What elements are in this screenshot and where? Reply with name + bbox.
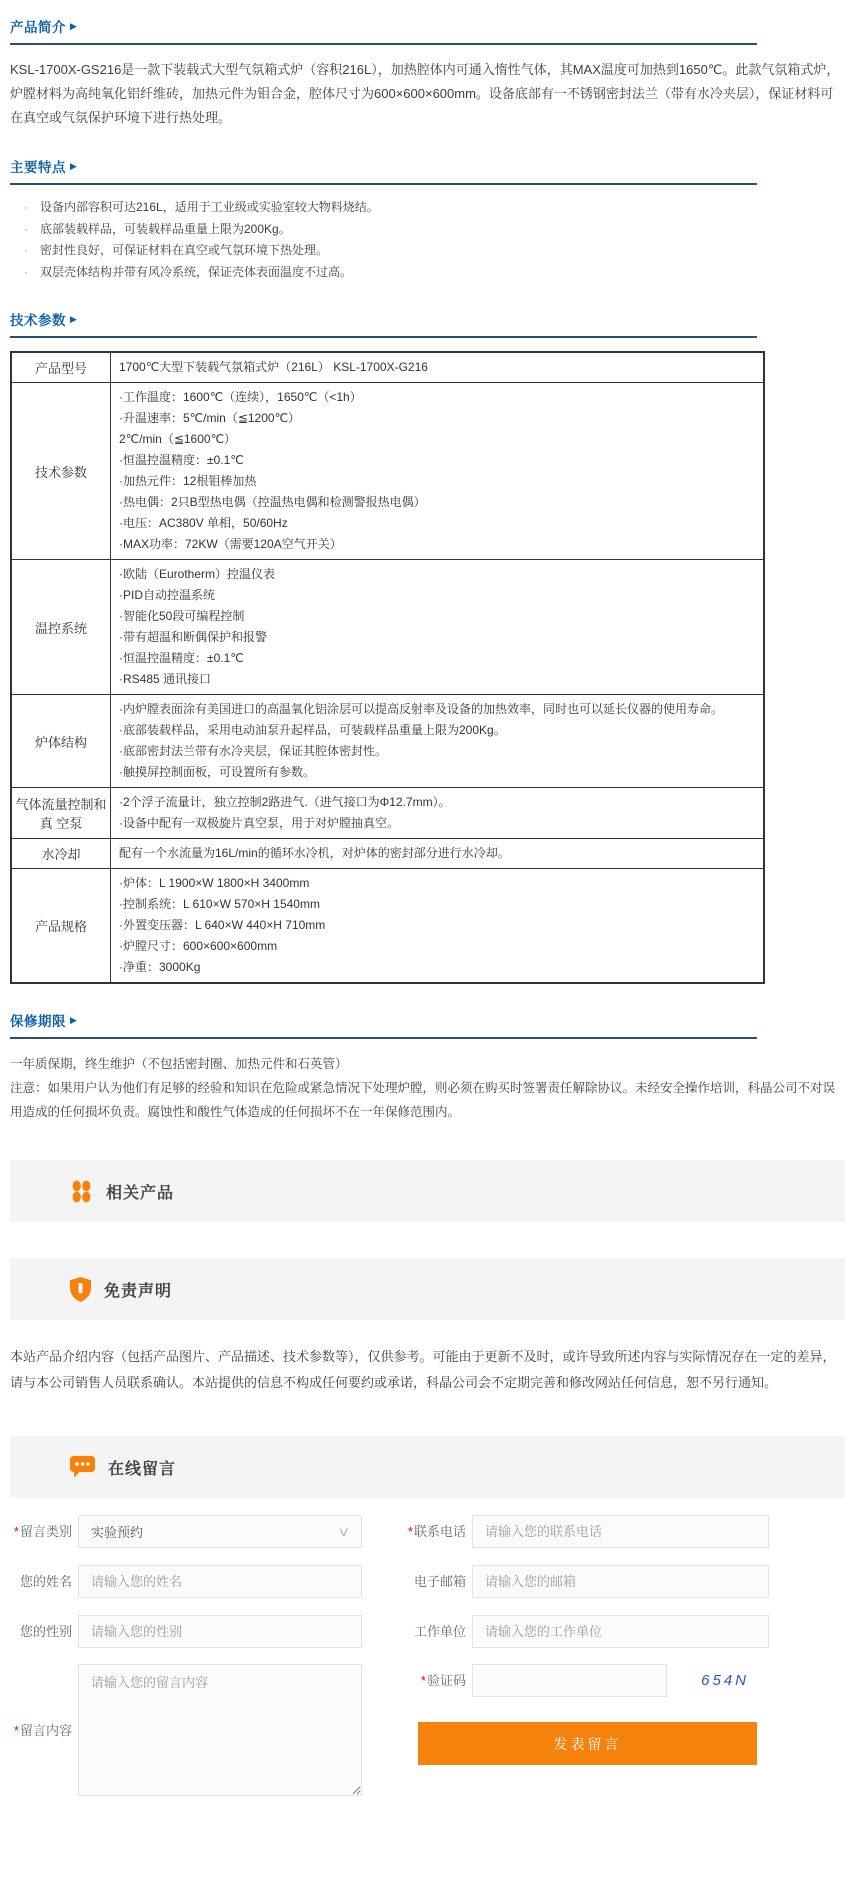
bullet-icon: · (24, 197, 40, 219)
product-detail-page: 产品简介 ▶ KSL-1700X-GS216是一款下装载式大型气氛箱式炉（容积2… (0, 0, 851, 1891)
spec-row: 气体流量控制和真 空泵·2个浮子流量计，独立控制2路进气.（进气接口为Φ12.7… (11, 788, 764, 839)
spec-value: 配有一个水流量为16L/min的循环水冷机，对炉体的密封部分进行水冷却。 (111, 839, 765, 869)
online-message-title: 在线留言 (108, 1456, 176, 1479)
captcha-and-submit-column: *验证码 654N 发表留言 (404, 1664, 757, 1765)
section-intro: 产品简介 ▶ KSL-1700X-GS216是一款下装载式大型气氛箱式炉（容积2… (10, 16, 845, 130)
spec-value: ·工作温度：1600℃（连续），1650℃（<1h）·升温速率：5℃/min（≦… (111, 383, 765, 560)
field-group: *联系电话 (404, 1515, 769, 1548)
form-row: *留言类别实验预约∨*联系电话 (10, 1515, 845, 1548)
spec-value: 1700℃大型下装载气氛箱式炉（216L） KSL-1700X-G216 (111, 352, 765, 383)
section-header-intro: 产品简介 ▶ (10, 16, 845, 36)
spec-value-line: 2℃/min（≦1600℃） (119, 429, 755, 450)
field-label: *联系电话 (404, 1515, 466, 1548)
submit-message-button[interactable]: 发表留言 (418, 1722, 757, 1765)
specs-table: 产品型号1700℃大型下装载气氛箱式炉（216L） KSL-1700X-G216… (10, 351, 765, 984)
field-group: *留言类别实验预约∨ (10, 1515, 362, 1548)
spec-value-line: ·炉膛尺寸：600×600×600mm (119, 936, 755, 957)
spec-value-line: 配有一个水流量为16L/min的循环水冷机，对炉体的密封部分进行水冷却。 (119, 843, 755, 864)
name-input[interactable] (78, 1565, 362, 1598)
selected-value: 实验预约 (91, 1522, 143, 1541)
section-title-specs: 技术参数 (10, 309, 66, 329)
disclaimer-bar: 免责声明 (10, 1258, 845, 1320)
spec-value-line: ·控制系统：L 610×W 570×H 1540mm (119, 894, 755, 915)
spec-label: 水冷却 (11, 839, 111, 869)
form-rows: *留言类别实验预约∨*联系电话您的姓名电子邮箱您的性别工作单位 (10, 1515, 845, 1648)
spec-label: 产品型号 (11, 352, 111, 383)
required-asterisk: * (14, 1524, 19, 1539)
feature-item: ·密封性良好，可保证材料在真空或气氛环境下热处理。 (24, 240, 845, 262)
spec-value-line: ·恒温控温精度：±0.1℃ (119, 648, 755, 669)
spec-value-line: ·PID自动控温系统 (119, 585, 755, 606)
spec-value-line: ·升温速率：5℃/min（≦1200℃） (119, 408, 755, 429)
spec-value-line: ·热电偶：2只B型热电偶（控温热电偶和检测警报热电偶） (119, 492, 755, 513)
field-group: 工作单位 (404, 1615, 769, 1648)
spec-value-line: ·恒温控温精度：±0.1℃ (119, 450, 755, 471)
form-row-message: *留言内容 *验证码 654N 发表留言 (10, 1664, 845, 1796)
spec-label: 技术参数 (11, 383, 111, 560)
spec-value-line: ·外置变压器：L 640×W 440×H 710mm (119, 915, 755, 936)
bullet-icon: · (24, 240, 40, 262)
feature-text: 底部装载样品，可装载样品重量上限为200Kg。 (40, 219, 291, 241)
intro-paragraph: KSL-1700X-GS216是一款下装载式大型气氛箱式炉（容积216L），加热… (10, 58, 843, 130)
spec-label: 温控系统 (11, 560, 111, 695)
section-title-intro: 产品简介 (10, 16, 66, 36)
spec-label: 气体流量控制和真 空泵 (11, 788, 111, 839)
field-label: 工作单位 (404, 1615, 466, 1648)
spec-value-line: ·底部密封法兰带有水冷夹层，保证其腔体密封性。 (119, 741, 755, 762)
spec-value-line: ·设备中配有一双极旋片真空泵，用于对炉膛抽真空。 (119, 813, 755, 834)
spec-value-line: ·工作温度：1600℃（连续），1650℃（<1h） (119, 387, 755, 408)
spec-value-line: ·2个浮子流量计，独立控制2路进气.（进气接口为Φ12.7mm）。 (119, 792, 755, 813)
arrow-right-icon: ▶ (70, 162, 77, 171)
section-title-features: 主要特点 (10, 156, 66, 176)
field-label: 您的姓名 (10, 1565, 72, 1598)
disclaimer-paragraph: 本站产品介绍内容（包括产品图片、产品描述、技术参数等），仅供参考。可能由于更新不… (10, 1344, 843, 1396)
section-divider (10, 183, 757, 185)
shield-icon (70, 1277, 91, 1302)
spec-label: 炉体结构 (11, 695, 111, 788)
spec-value-line: ·欧陆（Eurotherm）控温仪表 (119, 564, 755, 585)
section-features: 主要特点 ▶ ·设备内部容积可达216L，适用于工业级或实验室较大物料烧结。·底… (10, 156, 845, 283)
section-header-specs: 技术参数 ▶ (10, 309, 845, 329)
spec-value-line: ·智能化50段可编程控制 (119, 606, 755, 627)
arrow-right-icon: ▶ (70, 315, 77, 324)
section-specs: 技术参数 ▶ 产品型号1700℃大型下装载气氛箱式炉（216L） KSL-170… (10, 309, 845, 984)
company-input[interactable] (472, 1615, 769, 1648)
spec-value-line: 1700℃大型下装载气氛箱式炉（216L） KSL-1700X-G216 (119, 357, 755, 378)
section-warranty: 保修期限 ▶ 一年质保期，终生维护（不包括密封圈、加热元件和石英管） 注意：如果… (10, 1010, 845, 1124)
warranty-note: 注意：如果用户认为他们有足够的经验和知识在危险或紧急情况下处理炉膛，则必须在购买… (10, 1076, 843, 1124)
feature-text: 双层壳体结构并带有风冷系统，保证壳体表面温度不过高。 (40, 262, 352, 284)
features-list: ·设备内部容积可达216L，适用于工业级或实验室较大物料烧结。·底部装载样品，可… (10, 197, 845, 283)
spec-row: 水冷却配有一个水流量为16L/min的循环水冷机，对炉体的密封部分进行水冷却。 (11, 839, 764, 869)
field-label-message: *留言内容 (10, 1714, 72, 1747)
online-message-bar: 在线留言 (10, 1436, 845, 1498)
related-products-bar: 相关产品 (10, 1160, 845, 1222)
required-asterisk: * (14, 1723, 19, 1738)
feature-item: ·设备内部容积可达216L，适用于工业级或实验室较大物料烧结。 (24, 197, 845, 219)
feature-text: 密封性良好，可保证材料在真空或气氛环境下热处理。 (40, 240, 328, 262)
related-products-title: 相关产品 (106, 1180, 174, 1203)
message-content-group: *留言内容 (10, 1664, 362, 1796)
field-group: 电子邮箱 (404, 1565, 769, 1598)
spec-value-line: ·触摸屏控制面板，可设置所有参数。 (119, 762, 755, 783)
arrow-right-icon: ▶ (70, 22, 77, 31)
disclaimer-title: 免责声明 (104, 1278, 172, 1301)
spec-row: 产品规格·炉体：L 1900×W 1800×H 3400mm·控制系统：L 61… (11, 869, 764, 984)
feature-item: ·双层壳体结构并带有风冷系统，保证壳体表面温度不过高。 (24, 262, 845, 284)
spec-value: ·欧陆（Eurotherm）控温仪表·PID自动控温系统·智能化50段可编程控制… (111, 560, 765, 695)
spec-row: 炉体结构·内炉膛表面涂有美国进口的高温氧化铝涂层可以提高反射率及设备的加热效率，… (11, 695, 764, 788)
feature-item: ·底部装载样品，可装载样品重量上限为200Kg。 (24, 219, 845, 241)
spec-value: ·炉体：L 1900×W 1800×H 3400mm·控制系统：L 610×W … (111, 869, 765, 984)
spec-label: 产品规格 (11, 869, 111, 984)
captcha-row: *验证码 654N (404, 1664, 757, 1697)
captcha-code-text: 654N (701, 1672, 749, 1689)
spec-row: 技术参数·工作温度：1600℃（连续），1650℃（<1h）·升温速率：5℃/m… (11, 383, 764, 560)
arrow-right-icon: ▶ (70, 1016, 77, 1025)
message-form: *留言类别实验预约∨*联系电话您的姓名电子邮箱您的性别工作单位 *留言内容 *验… (10, 1515, 845, 1796)
warranty-paragraph: 一年质保期，终生维护（不包括密封圈、加热元件和石英管） 注意：如果用户认为他们有… (10, 1052, 843, 1124)
spec-value-line: ·电压：AC380V 单相，50/60Hz (119, 513, 755, 534)
email-input[interactable] (472, 1565, 769, 1598)
field-label: *留言类别 (10, 1515, 72, 1548)
spec-value-line: ·带有超温和断偶保护和报警 (119, 627, 755, 648)
form-row: 您的姓名电子邮箱 (10, 1565, 845, 1598)
field-label: 您的性别 (10, 1615, 72, 1648)
field-group: 您的姓名 (10, 1565, 362, 1598)
spec-row: 温控系统·欧陆（Eurotherm）控温仪表·PID自动控温系统·智能化50段可… (11, 560, 764, 695)
spec-value-line: ·MAX功率：72KW（需要120A空气开关） (119, 534, 755, 555)
spec-row: 产品型号1700℃大型下装载气氛箱式炉（216L） KSL-1700X-G216 (11, 352, 764, 383)
chevron-down-icon: ∨ (338, 1524, 351, 1540)
message-content-textarea[interactable] (78, 1664, 362, 1796)
section-header-warranty: 保修期限 ▶ (10, 1010, 845, 1030)
required-asterisk: * (421, 1673, 426, 1688)
bullet-icon: · (24, 219, 40, 241)
message-type-select[interactable]: 实验预约∨ (78, 1515, 362, 1548)
captcha-input[interactable] (472, 1664, 667, 1697)
field-group: 您的性别 (10, 1615, 362, 1648)
field-label: 电子邮箱 (404, 1565, 466, 1598)
bullet-icon: · (24, 262, 40, 284)
spec-value-line: ·炉体：L 1900×W 1800×H 3400mm (119, 873, 755, 894)
spec-value-line: ·净重：3000Kg (119, 957, 755, 978)
feature-text: 设备内部容积可达216L，适用于工业级或实验室较大物料烧结。 (40, 197, 379, 219)
spec-value-line: ·底部装载样品，采用电动油泵升起样品，可装载样品重量上限为200Kg。 (119, 720, 755, 741)
field-label-captcha: *验证码 (404, 1664, 466, 1697)
section-header-features: 主要特点 ▶ (10, 156, 845, 176)
form-row: 您的性别工作单位 (10, 1615, 845, 1648)
spec-value-line: ·加热元件：12根钼棒加热 (119, 471, 755, 492)
required-asterisk: * (408, 1524, 413, 1539)
spec-value: ·2个浮子流量计，独立控制2路进气.（进气接口为Φ12.7mm）。·设备中配有一… (111, 788, 765, 839)
spec-value-line: ·内炉膛表面涂有美国进口的高温氧化铝涂层可以提高反射率及设备的加热效率，同时也可… (119, 699, 755, 720)
speech-bubble-icon (70, 1456, 95, 1479)
section-divider (10, 336, 757, 338)
gender-input[interactable] (78, 1615, 362, 1648)
spec-value-line: ·RS485 通讯接口 (119, 669, 755, 690)
phone-input[interactable] (472, 1515, 769, 1548)
section-title-warranty: 保修期限 (10, 1010, 66, 1030)
spec-value: ·内炉膛表面涂有美国进口的高温氧化铝涂层可以提高反射率及设备的加热效率，同时也可… (111, 695, 765, 788)
section-divider (10, 43, 757, 45)
warranty-line1: 一年质保期，终生维护（不包括密封圈、加热元件和石英管） (10, 1052, 843, 1076)
section-divider (10, 1037, 757, 1039)
clover-dots-icon (70, 1180, 93, 1203)
